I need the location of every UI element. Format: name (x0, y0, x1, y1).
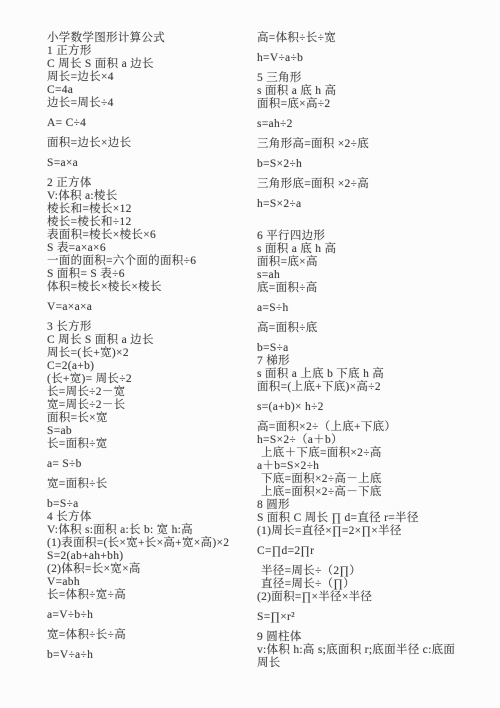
formula-line: s=(a+b)× h÷2 (257, 401, 465, 414)
formula-line: 底=面积÷高 (257, 282, 465, 295)
formula-line: 周长=(长+宽)×2 (47, 347, 252, 360)
formula-line: V=abh (47, 576, 252, 589)
formula-line: 宽=体积÷长÷高 (47, 629, 252, 642)
formula-line: h=S×2÷a (257, 198, 465, 211)
formula-line: s 面积 a 底 h 高 (257, 243, 465, 256)
formula-line: V:体积 a:棱长 (47, 190, 252, 203)
formula-line: (2)面积=∏×半径×半径 (257, 591, 465, 604)
formula-line: C 周长 S 面积 a 边长 (47, 334, 252, 347)
formula-line: 直径=周长÷（∏） (257, 578, 465, 591)
section-heading: 4 长方体 (47, 511, 252, 524)
formula-line: 三角形高=面积 ×2÷底 (257, 138, 465, 151)
document-page: 小学数学图形计算公式 1 正方形C 周长 S 面积 a 边长周长=边长×4C=4… (0, 0, 500, 708)
page-title: 小学数学图形计算公式 (47, 32, 252, 45)
formula-line: 边长=周长÷4 (47, 97, 252, 110)
section-heading: 7 梯形 (257, 355, 465, 368)
formula-line: s=ah÷2 (257, 118, 465, 131)
formula-line: 上底＋下底=面积×2÷高 (257, 447, 465, 460)
formula-line: 周长=边长×4 (47, 71, 252, 84)
formula-line: a=S÷h (257, 302, 465, 315)
formula-line: 一面的面积=六个面的面积÷6 (47, 255, 252, 268)
formula-line: 上底=面积×2÷高－下底 (257, 486, 465, 499)
formula-line: b=V÷a÷h (47, 649, 252, 662)
formula-line: s 面积 a 底 h 高 (257, 85, 465, 98)
formula-line: A= C÷4 (47, 117, 252, 130)
formula-line: 面积=长×宽 (47, 412, 252, 425)
formula-line: s 面积 a 上底 b 下底 h 高 (257, 368, 465, 381)
formula-line: V=a×a×a (47, 301, 252, 314)
formula-line: C 周长 S 面积 a 边长 (47, 58, 252, 71)
formula-line: b=S÷a (47, 498, 252, 511)
formula-line: b=S×2÷h (257, 158, 465, 171)
formula-line: S=a×a (47, 157, 252, 170)
section-heading: 2 正方体 (47, 177, 252, 190)
formula-line: 棱长和=棱长×12 (47, 203, 252, 216)
formula-line: h=V÷a÷b (257, 52, 465, 65)
formula-line: 宽=周长÷2－长 (47, 399, 252, 412)
formula-line: 棱长=棱长和÷12 (47, 216, 252, 229)
formula-line: S 表=a×a×6 (47, 242, 252, 255)
formula-line: v:体积 h:高 s;底面积 r;底面半径 c:底面周长 (257, 644, 465, 670)
formula-line: a= S÷b (47, 458, 252, 471)
formula-line: 面积=底×高 (257, 256, 465, 269)
formula-line: 长=面积÷宽 (47, 438, 252, 451)
formula-line: 高=面积÷底 (257, 322, 465, 335)
formula-line: (长+宽)= 周长÷2 (47, 373, 252, 386)
formula-line: S=ab (47, 425, 252, 438)
formula-line: 下底=面积×2÷高－上底 (257, 473, 465, 486)
formula-line: S 面积 C 周长 ∏ d=直径 r=半径 (257, 512, 465, 525)
formula-line: C=∏d=2∏r (257, 545, 465, 558)
formula-line: S=∏×r² (257, 611, 465, 624)
section-heading: 5 三角形 (257, 72, 465, 85)
section-heading: 1 正方形 (47, 45, 252, 58)
formula-line: 长=体积÷宽÷高 (47, 589, 252, 602)
section-heading: 9 圆柱体 (257, 631, 465, 644)
formula-line: (2)体积=长×宽×高 (47, 563, 252, 576)
formula-line: V:体积 s:面积 a:长 b: 宽 h:高 (47, 524, 252, 537)
formula-line: S 面积= S 表÷6 (47, 268, 252, 281)
left-column: 小学数学图形计算公式 1 正方形C 周长 S 面积 a 边长周长=边长×4C=4… (47, 32, 252, 662)
formula-line: 半径=周长÷（2∏） (257, 565, 465, 578)
formula-line: a=V÷b÷h (47, 609, 252, 622)
formula-line: C=4a (47, 84, 252, 97)
formula-line: 面积=底×高÷2 (257, 98, 465, 111)
section-heading: 3 长方形 (47, 321, 252, 334)
formula-line: 表面积=棱长×棱长×6 (47, 229, 252, 242)
right-column: 高=体积÷长÷宽h=V÷a÷b5 三角形s 面积 a 底 h 高面积=底×高÷2… (257, 32, 465, 670)
formula-line: b=S÷a (257, 342, 465, 355)
formula-line: a＋b=S×2÷h (257, 460, 465, 473)
formula-line: 宽=面积÷长 (47, 478, 252, 491)
formula-line: 面积=(上底+下底)×高÷2 (257, 381, 465, 394)
formula-line: 三角形底=面积 ×2÷高 (257, 178, 465, 191)
section-heading: 8 圆形 (257, 499, 465, 512)
formula-line: 面积=边长×边长 (47, 137, 252, 150)
formula-line: (1)表面积=(长×宽+长×高+宽×高)×2 (47, 537, 252, 550)
formula-line: (1)周长=直径×∏=2×∏×半径 (257, 525, 465, 538)
formula-line: 体积=棱长×棱长×棱长 (47, 281, 252, 294)
formula-line: 高=体积÷长÷宽 (257, 32, 465, 45)
formula-line: 高=面积×2÷（上底+下底） (257, 421, 465, 434)
formula-line: C=2(a+b) (47, 360, 252, 373)
formula-line: 长=周长÷2－宽 (47, 386, 252, 399)
formula-line: h=S×2÷（a＋b） (257, 434, 465, 447)
formula-line: S=2(ab+ah+bh) (47, 550, 252, 563)
formula-line: s=ah (257, 269, 465, 282)
section-heading: 6 平行四边形 (257, 230, 465, 243)
